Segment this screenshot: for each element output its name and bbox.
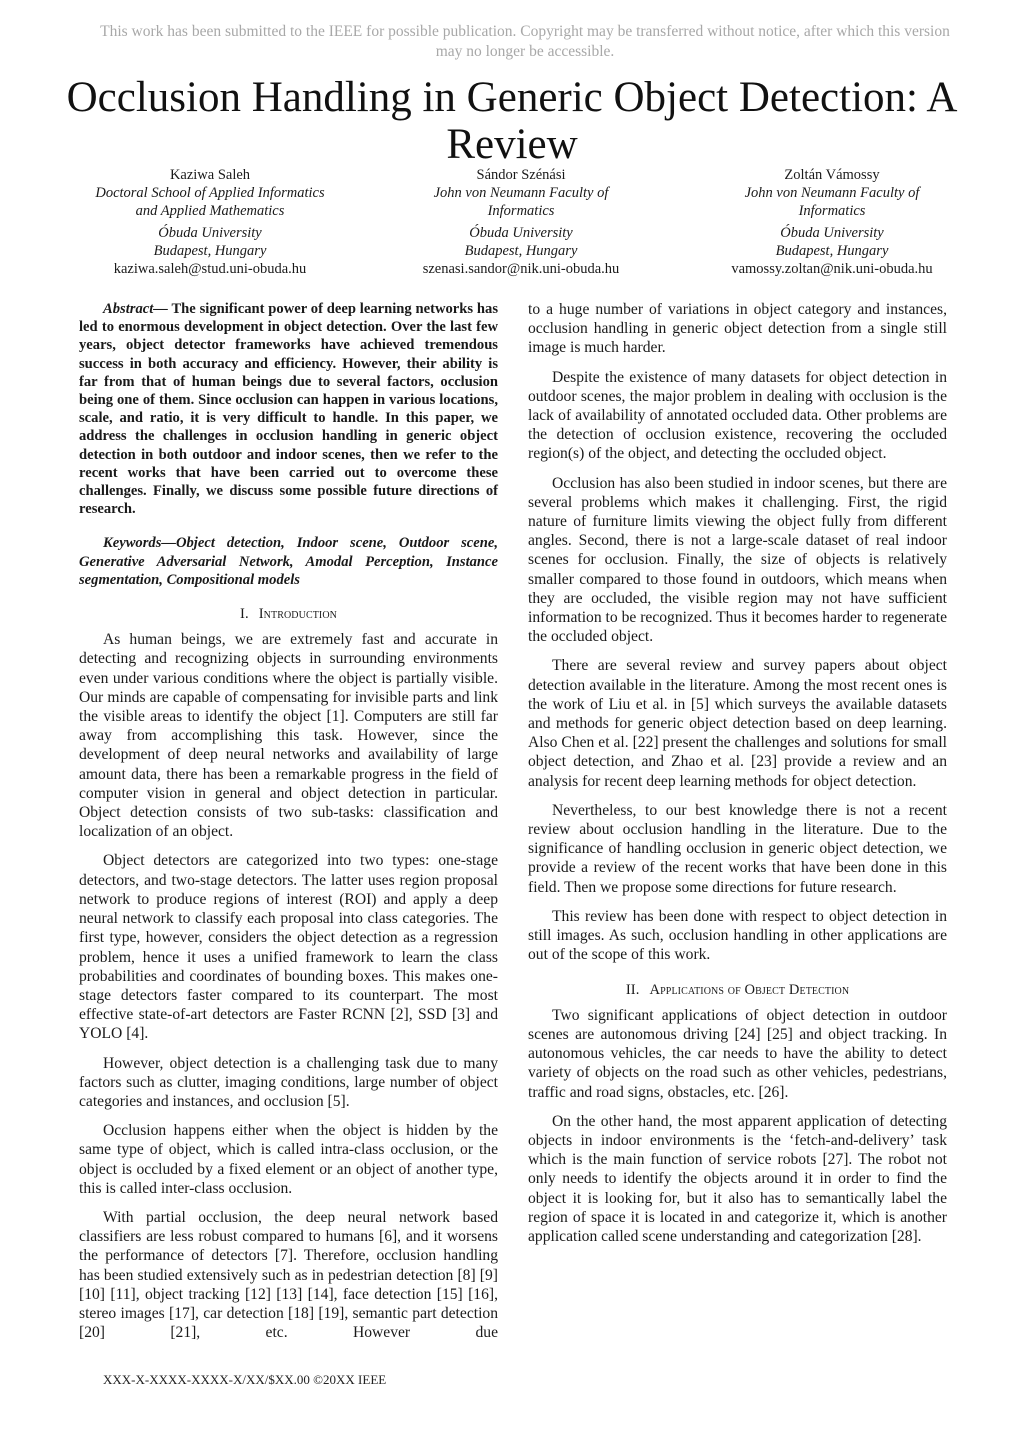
paragraph: Nevertheless, to our best knowledge ther…: [528, 801, 947, 897]
paragraph: As human beings, we are extremely fast a…: [79, 630, 498, 841]
author-department: Informatics: [682, 202, 982, 220]
copyright-notice: This work has been submitted to the IEEE…: [100, 22, 950, 62]
author-block: Kaziwa Saleh Doctoral School of Applied …: [60, 166, 982, 278]
author-email[interactable]: vamossy.zoltan@nik.uni-obuda.hu: [682, 260, 982, 278]
author-name: Kaziwa Saleh: [60, 166, 360, 184]
abstract: Abstract— The significant power of deep …: [79, 300, 498, 518]
right-column: to a huge number of variations in object…: [528, 300, 947, 1256]
author-university: Óbuda University: [371, 224, 671, 242]
abstract-text: The significant power of deep learning n…: [79, 301, 498, 517]
author-1: Kaziwa Saleh Doctoral School of Applied …: [60, 166, 360, 278]
author-name: Zoltán Vámossy: [682, 166, 982, 184]
author-location: Budapest, Hungary: [60, 242, 360, 260]
paragraph: On the other hand, the most apparent app…: [528, 1112, 947, 1246]
paragraph: This review has been done with respect t…: [528, 907, 947, 965]
paragraph: Two significant applications of object d…: [528, 1006, 947, 1102]
author-department: John von Neumann Faculty of: [371, 184, 671, 202]
abstract-label: Abstract—: [103, 301, 168, 317]
footer-copyright: XXX-X-XXXX-XXXX-X/XX/$XX.00 ©20XX IEEE: [103, 1372, 386, 1388]
author-department: Informatics: [371, 202, 671, 220]
paragraph: With partial occlusion, the deep neural …: [79, 1208, 498, 1342]
left-column: Abstract— The significant power of deep …: [79, 300, 498, 1352]
paragraph: Despite the existence of many datasets f…: [528, 368, 947, 464]
author-university: Óbuda University: [60, 224, 360, 242]
keywords-label: Keywords—: [103, 535, 176, 551]
author-location: Budapest, Hungary: [682, 242, 982, 260]
author-name: Sándor Szénási: [371, 166, 671, 184]
author-email[interactable]: szenasi.sandor@nik.uni-obuda.hu: [371, 260, 671, 278]
paper-title: Occlusion Handling in Generic Object Det…: [40, 74, 984, 168]
section-heading-applications: II.Applications of Object Detection: [528, 981, 947, 1000]
author-location: Budapest, Hungary: [371, 242, 671, 260]
paragraph: However, object detection is a challengi…: [79, 1054, 498, 1112]
paragraph: Object detectors are categorized into tw…: [79, 851, 498, 1043]
author-3: Zoltán Vámossy John von Neumann Faculty …: [682, 166, 982, 278]
paragraph: There are several review and survey pape…: [528, 656, 947, 790]
paragraph: Occlusion has also been studied in indoo…: [528, 474, 947, 647]
paragraph: Occlusion happens either when the object…: [79, 1121, 498, 1198]
author-2: Sándor Szénási John von Neumann Faculty …: [371, 166, 671, 278]
author-department: and Applied Mathematics: [60, 202, 360, 220]
author-university: Óbuda University: [682, 224, 982, 242]
author-department: John von Neumann Faculty of: [682, 184, 982, 202]
author-email[interactable]: kaziwa.saleh@stud.uni-obuda.hu: [60, 260, 360, 278]
keywords: Keywords—Object detection, Indoor scene,…: [79, 534, 498, 589]
section-heading-introduction: I.Introduction: [79, 605, 498, 624]
paragraph-continued: to a huge number of variations in object…: [528, 300, 947, 358]
author-department: Doctoral School of Applied Informatics: [60, 184, 360, 202]
